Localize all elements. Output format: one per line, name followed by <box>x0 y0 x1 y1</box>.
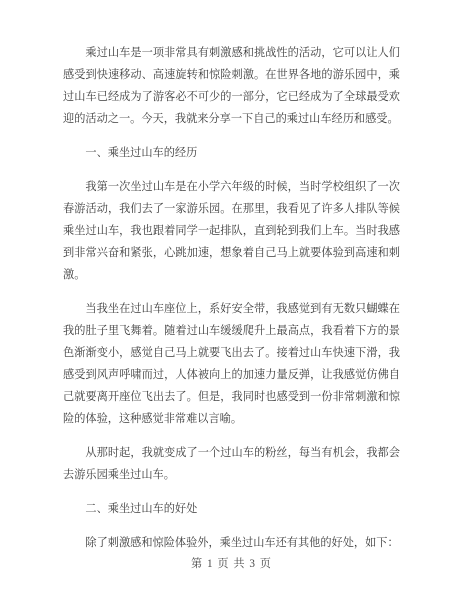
paragraph-intro: 乘过山车是一项非常具有刺激感和挑战性的活动，它可以让人们感受到快速移动、高速旋转… <box>63 42 400 130</box>
section-heading-benefits: 二、乘坐过山车的好处 <box>63 498 400 520</box>
document-content: 乘过山车是一项非常具有刺激感和挑战性的活动，它可以让人们感受到快速移动、高速旋转… <box>0 0 463 554</box>
section-heading-experience: 一、乘坐过山车的经历 <box>63 142 400 164</box>
paragraph-first-ride: 我第一次坐过山车是在小学六年级的时候，当时学校组织了一次春游活动，我们去了一家游… <box>63 176 400 286</box>
paragraph-ride-feeling: 当我坐在过山车座位上，系好安全带，我感觉到有无数只蝴蝶在我的肚子里飞舞着。随着过… <box>63 298 400 430</box>
paragraph-became-fan: 从那时起，我就变成了一个过山车的粉丝，每当有机会，我都会去游乐园乘坐过山车。 <box>63 442 400 486</box>
document-page: 乘过山车是一项非常具有刺激感和挑战性的活动，它可以让人们感受到快速移动、高速旋转… <box>0 0 463 600</box>
page-number-footer: 第 1 页 共 3 页 <box>0 556 463 572</box>
paragraph-benefits-lead-in: 除了刺激感和惊险体验外，乘坐过山车还有其他的好处，如下： <box>63 532 400 554</box>
